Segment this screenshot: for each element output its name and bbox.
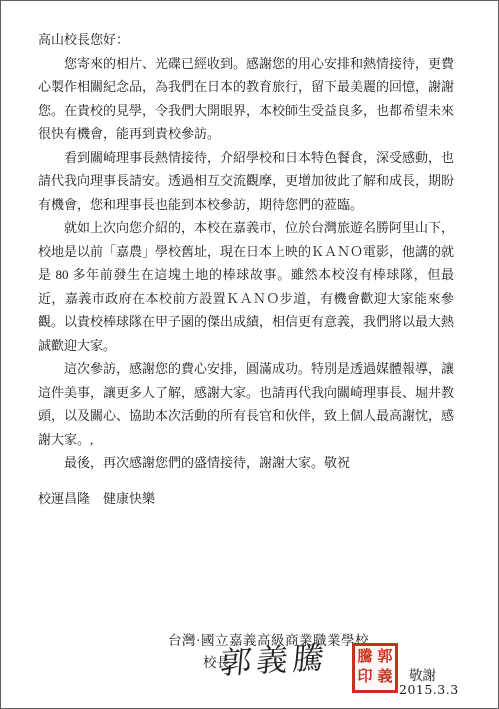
principal-signature: 郭義騰 (219, 632, 332, 683)
letter-body: 高山校長您好： 您寄來的相片、光碟已經收到。感謝您的用心安排和熱情接待，更費心製… (38, 28, 454, 510)
salutation: 高山校長您好： (38, 28, 454, 52)
letter-date: 2015.3.3 (399, 682, 459, 697)
blessing-line: 校運昌隆 健康快樂 (38, 487, 454, 511)
letter-paragraph-4: 這次參訪，感謝您的費心安排，圓滿成功。特別是透過媒體報導，讓這件美事，讓更多人了… (38, 357, 454, 451)
letter-page: 高山校長您好： 您寄來的相片、光碟已經收到。感謝您的用心安排和熱情接待，更費心製… (0, 0, 499, 709)
letter-paragraph-2: 看到關崎理事長熱情接待，介紹學校和日本特色餐食，深受感動，也請代我向理事長請安。… (38, 146, 454, 217)
letter-paragraph-3: 就如上次向您介紹的，本校在嘉義市，位於台灣旅遊名勝阿里山下，校地是以前「嘉農」學… (38, 216, 454, 357)
seal-left-column: 騰印 (357, 647, 373, 689)
letter-paragraph-1: 您寄來的相片、光碟已經收到。感謝您的用心安排和熱情接待，更費心製作相關紀念品，為… (38, 52, 454, 146)
respect-note: 敬謝 (409, 664, 436, 684)
closing-line: 最後，再次感謝您們的盛情接待，謝謝大家。敬祝 (38, 451, 454, 475)
seal-right-column: 郭義 (377, 647, 393, 689)
principal-seal-stamp: 郭義 騰印 (352, 643, 398, 693)
